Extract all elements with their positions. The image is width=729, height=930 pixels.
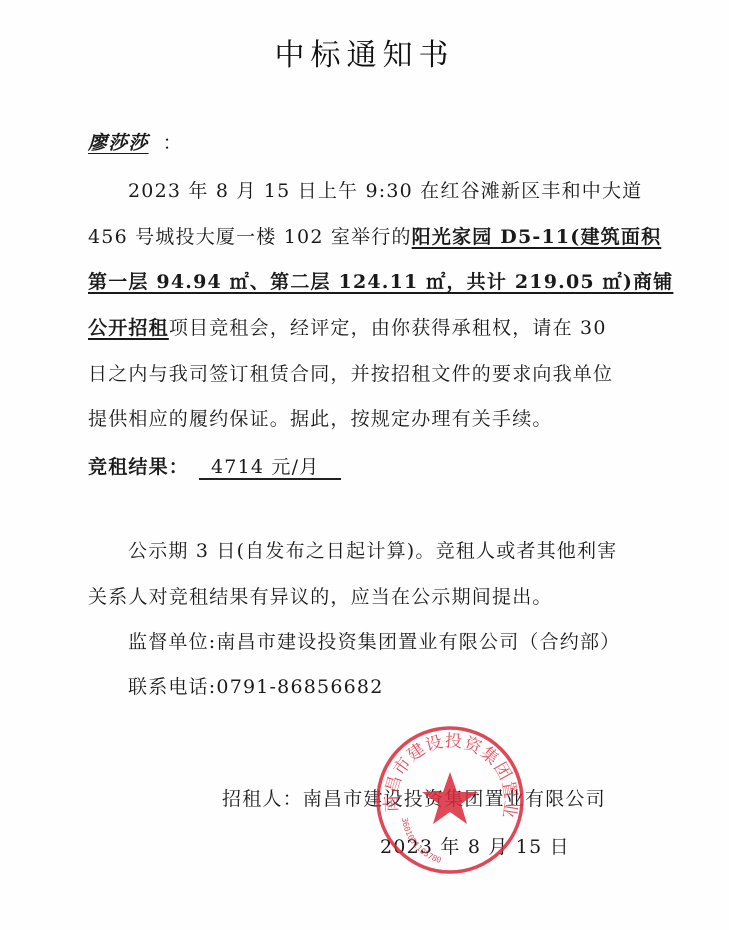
recipient-name: 廖莎莎 <box>88 132 163 154</box>
bid-result-label: 竞租结果： <box>88 456 189 478</box>
notice-line-2: 关系人对竞租结果有异议的，应当在公示期间提出。 <box>88 582 553 609</box>
document-title: 中标通知书 <box>0 30 729 74</box>
salutation-colon: ： <box>163 132 183 154</box>
seal-icon: 南昌市建设投资集团置业有限公司 3601051105780 <box>372 722 528 878</box>
bid-result: 竞租结果：4714 元/月 <box>88 452 341 480</box>
property-area: 第一层 94.94 ㎡、第二层 124.11 ㎡，共计 219.05 ㎡)商铺 <box>88 267 673 294</box>
award-text: 项目竞租会，经评定，由你获得承租权，请在 30 <box>169 317 607 339</box>
company-seal: 南昌市建设投资集团置业有限公司 3601051105780 <box>372 722 528 878</box>
venue-text: 456 号城投大厦一楼 102 室举行的 <box>88 226 412 248</box>
body-line-1: 2023 年 8 月 15 日上午 9:30 在红谷滩新区丰和中大道 <box>128 176 642 203</box>
salutation: 廖莎莎： <box>88 128 183 155</box>
notice-line-1: 公示期 3 日(自发布之日起计算)。竞租人或者其他利害 <box>128 536 617 563</box>
body-line-2: 456 号城投大厦一楼 102 室举行的阳光家园 D5-11(建筑面积 <box>88 222 661 249</box>
tender-type: 公开招租 <box>88 317 169 339</box>
contact-phone: 联系电话:0791-86856682 <box>128 672 383 699</box>
supervisor-unit: 监督单位:南昌市建设投资集团置业有限公司（合约部） <box>128 627 620 654</box>
bid-result-value: 4714 元/月 <box>199 456 341 480</box>
body-line-4: 公开招租项目竞租会，经评定，由你获得承租权，请在 30 <box>88 313 607 340</box>
body-line-5: 日之内与我司签订租赁合同，并按招租文件的要求向我单位 <box>88 359 613 386</box>
body-line-6: 提供相应的履约保证。据此，按规定办理有关手续。 <box>88 404 553 431</box>
property-name: 阳光家园 D5-11(建筑面积 <box>412 226 662 248</box>
notice-document: 中标通知书 廖莎莎： 2023 年 8 月 15 日上午 9:30 在红谷滩新区… <box>0 0 729 930</box>
